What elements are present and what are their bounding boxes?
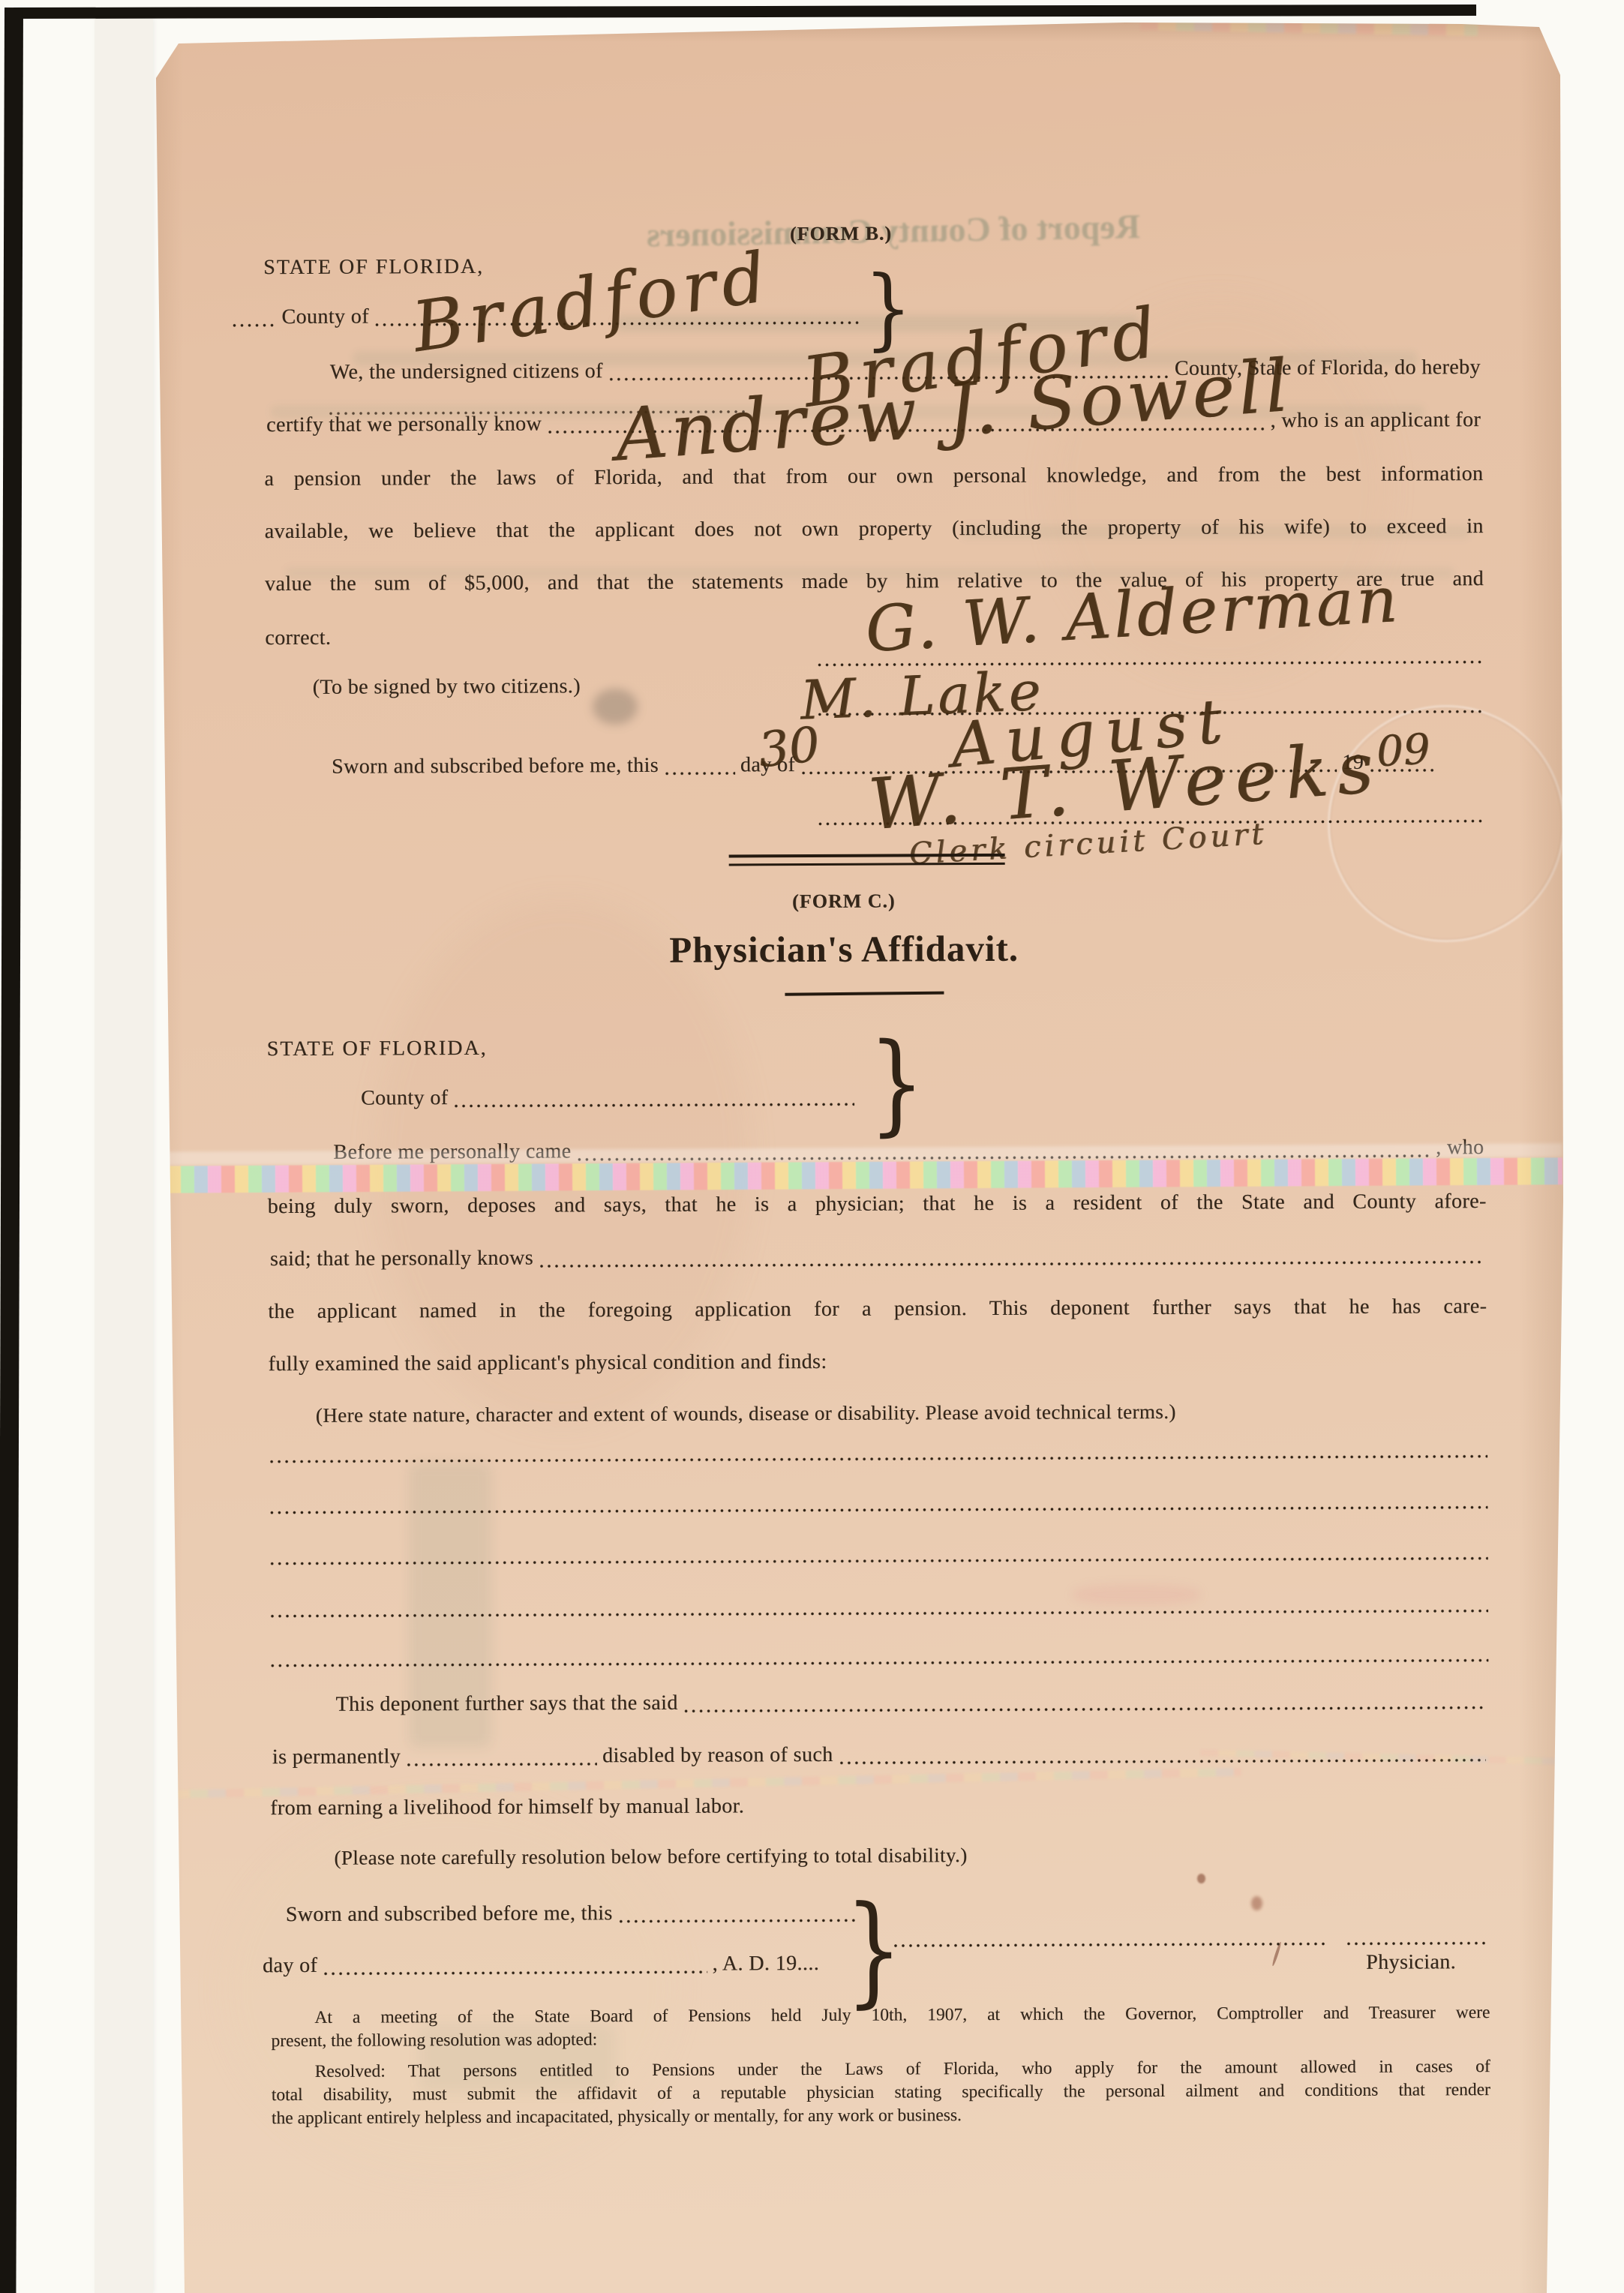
form-c-deponent-line: This deponent further says that the said: [333, 1683, 1488, 1721]
sworn-text: Sworn and subscribed before me, this: [329, 749, 661, 784]
brace-glyph: }: [869, 1028, 925, 1138]
dotted-blank: [683, 1704, 1486, 1715]
form-c-sworn-line-1: Sworn and subscribed before me, this: [284, 1896, 861, 1931]
form-c-body-line-3: fully examined the said applicant's phys…: [268, 1343, 1487, 1381]
form-b-body-line-2: available, we believe that the applicant…: [265, 510, 1484, 548]
permanently-text: is permanently: [270, 1740, 403, 1774]
resolved-paragraph-line-3: the applicant entirely helpless and inca…: [272, 2102, 1490, 2130]
paper-edge-shadow: [150, 0, 183, 2293]
scanner-edge-left: [0, 8, 23, 2293]
dotted-blank: [618, 1917, 858, 1925]
ad-19-label: , A. D. 19....: [710, 1947, 821, 1981]
form-c-body-line-2: the applicant named in the foregoing app…: [268, 1290, 1487, 1328]
brace-glyph: }: [845, 1889, 902, 2009]
blank-answer-line: [269, 1453, 1487, 1465]
handwritten-year-09: 09: [1375, 725, 1431, 777]
paper-edge-shadow: [1519, 0, 1571, 2293]
day-of-label: day of: [260, 1949, 320, 1982]
form-c-livelihood-line: from earning a livelihood for himself by…: [270, 1790, 744, 1825]
pension-form-paper: Report of County Commissioners (FORM B.)…: [0, 0, 1624, 2293]
form-c-instruction: (Here state nature, character and extent…: [316, 1395, 1176, 1432]
physician-signature-line: [893, 1940, 1328, 1949]
form-c-sworn-line-2: day of , A. D. 19....: [260, 1947, 821, 1982]
form-c-title: Physician's Affidavit.: [266, 924, 1421, 974]
form-b-state-line: STATE OF FLORIDA,: [263, 251, 484, 284]
two-citizens-note: (To be signed by two citizens.): [313, 670, 581, 704]
county-label: County of: [279, 301, 371, 335]
meeting-paragraph-line-2: present, the following resolution was ad…: [271, 2024, 1490, 2053]
deponent-text: This deponent further says that the said: [333, 1687, 680, 1721]
blank-answer-line: [269, 1504, 1487, 1516]
blank-answer-line: [269, 1607, 1488, 1619]
knows-text: said; that he personally knows: [268, 1242, 536, 1277]
sworn-text: Sworn and subscribed before me, this: [284, 1897, 615, 1931]
form-c-county-line: County of: [359, 1080, 857, 1115]
physician-label: Physician.: [1332, 1946, 1490, 1979]
dotted-blank: [453, 1101, 854, 1109]
dotted-blank-day: [664, 770, 735, 776]
disabled-text: disabled by reason of such: [600, 1739, 836, 1772]
form-c-knows-line: said; that he personally knows: [268, 1238, 1487, 1276]
form-b-label: (FORM B.): [263, 215, 1418, 253]
certify-text-after: , who is an applicant for: [1268, 404, 1483, 437]
section-divider: [729, 854, 1005, 866]
form-b-body-line-1: a pension under the laws of Florida, and…: [264, 458, 1483, 496]
blank-answer-line: [269, 1555, 1488, 1567]
blank-answer-line: [269, 1657, 1488, 1669]
title-underline: [785, 992, 944, 996]
scanner-edge-top: [14, 5, 1476, 19]
county-label: County of: [359, 1082, 451, 1115]
paper-edge-shadow: [0, 17, 1624, 42]
certify-text: certify that we personally know: [264, 408, 544, 443]
dotted-blank: [232, 322, 277, 329]
dotted-blank: [539, 1259, 1484, 1269]
form-c-label: (FORM C.): [266, 882, 1421, 920]
handwritten-day-30: 30: [755, 717, 822, 779]
dotted-blank: [406, 1760, 597, 1768]
form-c-note-line: (Please note carefully resolution below …: [334, 1838, 967, 1874]
plastic-sleeve-edge: [95, 19, 153, 2293]
dotted-blank: [323, 1969, 707, 1977]
form-c-state-line: STATE OF FLORIDA,: [267, 1032, 488, 1066]
scanned-document-page: Report of County Commissioners (FORM B.)…: [0, 0, 1624, 2293]
